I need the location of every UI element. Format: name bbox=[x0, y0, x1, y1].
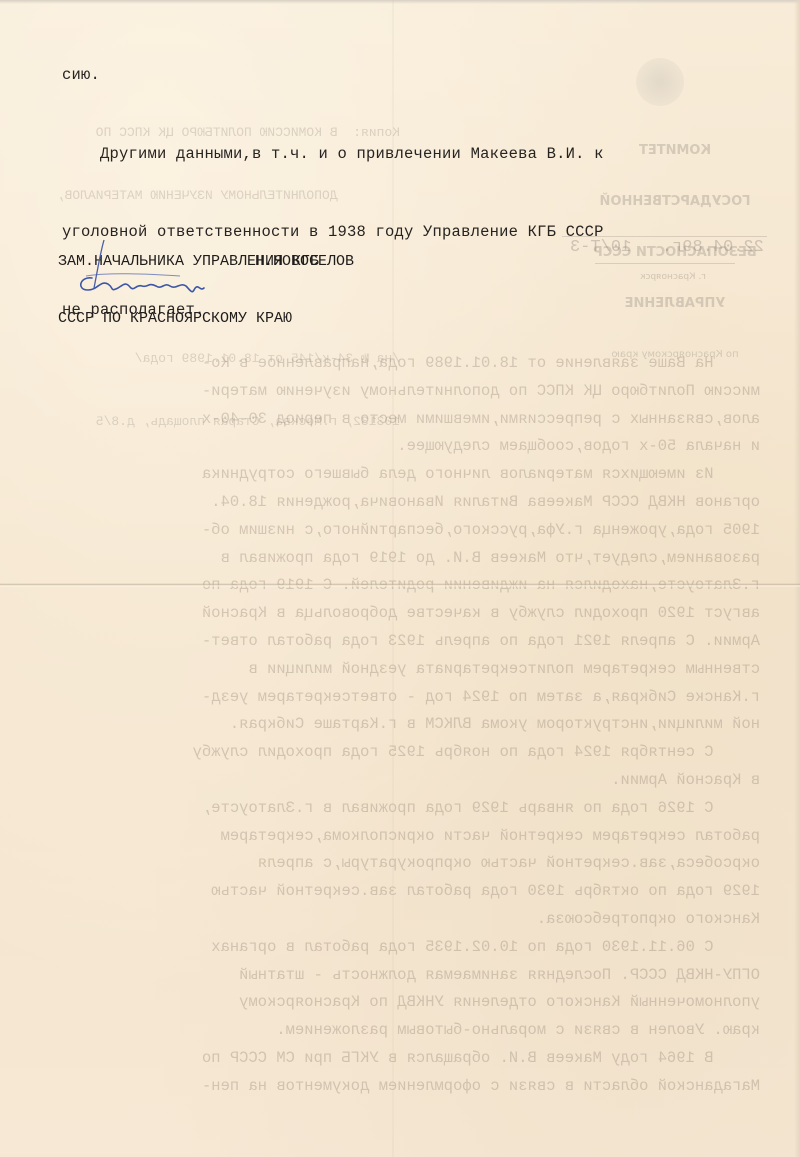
body-line: Другими данными,в т.ч. и о привлечении М… bbox=[62, 141, 604, 167]
reverse-body-line: уполномоченный Канского отделения УНКВД … bbox=[50, 989, 760, 1017]
handwritten-signature-icon bbox=[70, 232, 220, 302]
reverse-body-line: С 1926 года по январь 1929 года проживал… bbox=[50, 795, 760, 823]
reverse-body-line: Из имеющихся материалов личного дела быв… bbox=[50, 461, 760, 489]
reverse-body-line: в Красной Армии. bbox=[50, 767, 760, 795]
reverse-body-line: г.Канске Сибкрая,а затем по 1924 год - о… bbox=[50, 684, 760, 712]
reverse-body-line: ОГПУ-НКВД СССР. Последняя занимаемая дол… bbox=[50, 962, 760, 990]
reverse-body-line: органов НКВД СССР Макеева Виталия Иванов… bbox=[50, 489, 760, 517]
reverse-body-line: и начала 50-х годов,сообщаем следующее. bbox=[50, 433, 760, 461]
reverse-body-line: На Ваше заявление от 18.01.1989 года,нап… bbox=[50, 350, 760, 378]
registration-rule-bottom bbox=[595, 263, 735, 264]
paper-top-edge bbox=[0, 0, 800, 4]
reverse-body-line: С сентября 1924 года по ноябрь 1925 года… bbox=[50, 739, 760, 767]
reverse-body-line: 1905 года,уроженца г.Уфа,русского,беспар… bbox=[50, 517, 760, 545]
reverse-body-line: ственным секретарем политсекретариата уе… bbox=[50, 656, 760, 684]
reverse-body-line: Канского окрпотребсоюза. bbox=[50, 906, 760, 934]
reverse-body-line: миссию Политбюро ЦК КПСС по дополнительн… bbox=[50, 378, 760, 406]
reverse-body-line: В 1964 году Макеев В.И. обращался в УКГБ… bbox=[50, 1045, 760, 1073]
reverse-body-line: алов,связанных с репрессиями,имевшими ме… bbox=[50, 406, 760, 434]
reverse-body-line: Армии. С апреля 1921 года по апрель 1923… bbox=[50, 628, 760, 656]
reverse-body-line: С 06.11.1930 года по 10.02.1935 года раб… bbox=[50, 934, 760, 962]
continuation-text: сию. bbox=[62, 66, 100, 84]
signatory-name: Н.НОВОСЕЛОВ bbox=[255, 253, 354, 270]
reverse-body-line: август 1920 проходил службу в качестве д… bbox=[50, 600, 760, 628]
horizontal-fold-crease bbox=[0, 583, 800, 587]
reverse-body-line: 1929 года по октябрь 1930 года работал з… bbox=[50, 878, 760, 906]
reverse-body-line: Магаданской области в связи с оформление… bbox=[50, 1073, 760, 1101]
signatory-title-line: СССР ПО КРАСНОЯРСКОМУ КРАЮ bbox=[58, 309, 319, 328]
reverse-body-line: краю. Уволен в связи с морально-бытовым … bbox=[50, 1017, 760, 1045]
reverse-body-line: разованием,следует,что Макеев В.И. до 19… bbox=[50, 545, 760, 573]
city-bleed: г. Красноярск bbox=[640, 272, 706, 282]
state-emblem-bleed-icon bbox=[636, 58, 684, 106]
reverse-body-line: ной милиции,инструктором укома ВЛКСМ в г… bbox=[50, 711, 760, 739]
reverse-body-line: работал секретарем секретной части окрис… bbox=[50, 823, 760, 851]
reverse-body-bleed: На Ваше заявление от 18.01.1989 года,нап… bbox=[50, 350, 760, 1101]
reverse-body-line: окрсобеса,зав.секретной частью окрпрокур… bbox=[50, 850, 760, 878]
